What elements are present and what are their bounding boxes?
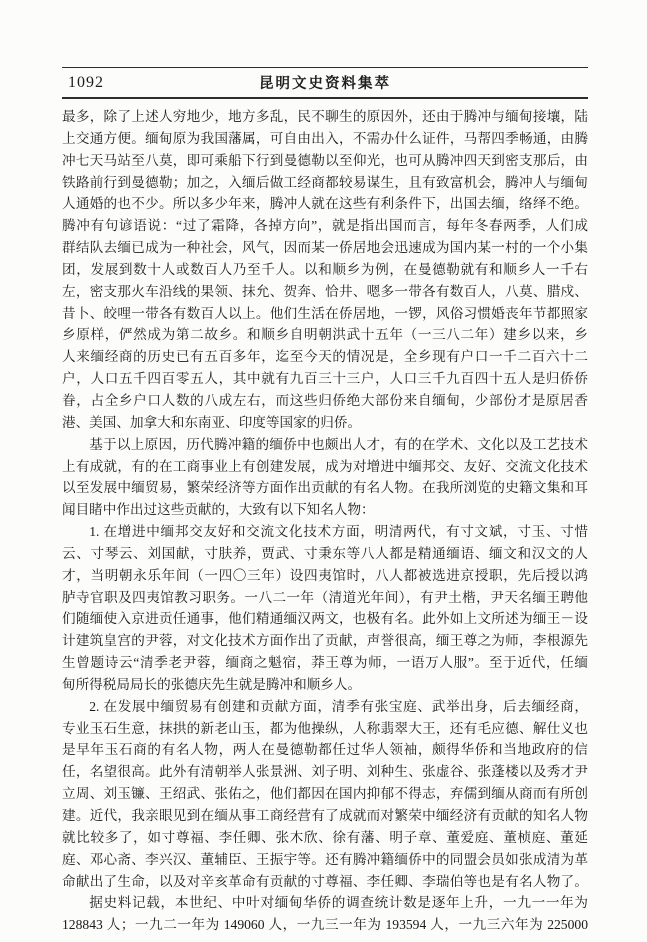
body-line: 闻目睹中作出过这些贡献的，大致有以下知名人物： xyxy=(62,499,588,521)
body-line: 团，发展到数十人或数百人乃至千人。以和顺乡为例，在曼德勒就有和顺乡人一千右 xyxy=(62,259,588,281)
body-line: 港、美国、加拿大和东南亚、印度等国家的归侨。 xyxy=(62,412,588,434)
body-line: 就比较多了，如寸尊福、李任卿、张木欣、徐有藩、明子章、董爱庭、董桢庭、董延 xyxy=(62,827,588,849)
body-line: 上交通方便。缅甸原为我国藩属，可自由出入，不需办什么证件，马帮四季畅通，由腾 xyxy=(62,128,588,150)
body-line: 上有成就，有的在工商事业上有创建发展，成为对增进中缅邦交、友好、交流文化技术 xyxy=(62,456,588,478)
body-line: 胪寺官职及四夷馆教习职务。一八二一年（清道光年间），有尹土楷，尹天名缅王聘他 xyxy=(62,587,588,609)
body-line: 铁路前行到曼德勒；加之，入缅后做工经商都较易谋生，且有致富机会，腾冲人与缅甸 xyxy=(62,172,588,194)
body-line: 群结队去缅已成为一种社会，风气，因而某一侨居地会迅速成为国内某一村的一个小集 xyxy=(62,237,588,259)
body-line: 以至发展中缅贸易，繁荣经济等方面作出贡献的有名人物。在我所浏览的史籍文集和耳 xyxy=(62,477,588,499)
body-text: 最多，除了上述人穷地少，地方多乱，民不聊生的原因外，还由于腾冲与缅甸接壤，陆 上… xyxy=(62,106,588,936)
body-line: 才，当明朝永乐年间（一四〇三年）设四夷馆时，八人都被选进京授职，先后授以鸿 xyxy=(62,565,588,587)
body-line: 建。近代，我亲眼见到在缅从事工商经营有了成就而对繁荣中缅经济有贡献的知名人物 xyxy=(62,805,588,827)
body-line: 户，人口五千四百零五人，其中就有九百三十三户，人口三千九百四十五人是归侨侨 xyxy=(62,368,588,390)
body-line: 生曾题诗云“清季老尹蓉，缅商之魁宿，莽王尊为师，一语万人服”。至于近代，任缅 xyxy=(62,652,588,674)
body-line: 腾冲有句谚语说：“过了霜降，各掉方向”，就是指出国而言，每年冬春两季，人们成 xyxy=(62,215,588,237)
body-line: 基于以上原因，历代腾冲籍的缅侨中也颇出人才，有的在学术、文化以及工艺技术 xyxy=(62,434,588,456)
body-line: 们随缅使入京进贡任通事，他们精通缅汉两文，也极有名。此外如上文所述为缅王－设 xyxy=(62,608,588,630)
body-line: 左，密支那火车沿线的果领、抹允、贺奔、恰井、嗯多一带各有数百人，八莫、腊戍、 xyxy=(62,281,588,303)
body-line: 据史料记载，本世纪、中叶对缅甸华侨的调查统计数是逐年上升，一九一一年为 xyxy=(62,892,588,914)
body-line: 专业玉石生意，抹拱的新老山玉，都为他操纵，人称翡翠大王，还有毛应德、解仕义也 xyxy=(62,718,588,740)
body-line: 昔卜、皎哩一带各有数百人以上。他们生活在侨居地，一锣，风俗习惯婚丧年节都照家 xyxy=(62,303,588,325)
body-line: 任，名望很高。此外有清朝举人张景洲、刘子明、刘种生、张虚谷、张蓬楼以及秀才尹 xyxy=(62,761,588,783)
body-line: 1. 在增进中缅邦交友好和交流文化技术方面，明清两代，有寸文斌，寸玉、寸惜 xyxy=(62,521,588,543)
body-line: 冲七天马站至八莫，即可乘船下行到曼德勒以至仰光，也可从腾冲四天到密支那后，由 xyxy=(62,150,588,172)
body-line: 2. 在发展中缅贸易有创建和贡献方面，清季有张宝庭、武举出身，后去缅经商， xyxy=(62,696,588,718)
body-line: 立周、刘玉镰、王绍武、张佑之，他们都因在国内抑郁不得志，弃儒到缅从商而有所创 xyxy=(62,783,588,805)
running-title: 昆明文史资料集萃 xyxy=(62,72,588,93)
body-line: 云、寸琴云、刘国献，寸肤养，贾武、寸秉东等八人都是精通缅语、缅文和汉文的人 xyxy=(62,543,588,565)
body-line: 甸所得税局局长的张德庆先生就是腾冲和顺乡人。 xyxy=(62,674,588,696)
book-page: 1092 昆明文史资料集萃 最多，除了上述人穷地少，地方多乱，民不聊生的原因外，… xyxy=(0,0,647,942)
body-line: 乡原样，俨然成为第二故乡。和顺乡自明朝洪武十五年（一三八二年）建乡以来，乡 xyxy=(62,324,588,346)
body-line: 命献出了生命，以及对辛亥革命有贡献的寸尊福、李任卿、李瑞伯等也是有名人物了。 xyxy=(62,871,588,893)
header-rule-bottom xyxy=(62,97,588,99)
page-header: 1092 昆明文史资料集萃 xyxy=(62,69,588,96)
body-line: 计建筑皇宫的尹蓉，对文化技术方面作出了贡献，声誉很高，缅王尊之为师，李根源先 xyxy=(62,630,588,652)
body-line: 眷，占全乡户口人数的八成左右，而这些归侨绝大部份来自缅甸，少部份才是原居香 xyxy=(62,390,588,412)
body-line: 是早年玉石商的有名人物，两人在曼德勒都任过华人领袖，颇得华侨和当地政府的信 xyxy=(62,739,588,761)
body-line: 庭、邓心斋、李兴汉、董辅臣、王振宇等。还有腾冲籍缅侨中的同盟会员如张成清为革 xyxy=(62,849,588,871)
body-line: 人通婚的也不少。所以多少年来，腾冲人就在这些有利条件下，出国去缅，络绎不绝。 xyxy=(62,193,588,215)
body-line: 128843 人；一九二一年为 149060 人，一九三一年为 193594 人… xyxy=(62,914,588,936)
body-line: 人来缅经商的历史已有五百多年，迄至今天的情况是，全乡现有户口一千二百六十二 xyxy=(62,346,588,368)
body-line: 最多，除了上述人穷地少，地方多乱，民不聊生的原因外，还由于腾冲与缅甸接壤，陆 xyxy=(62,106,588,128)
header-rule-top xyxy=(62,67,588,68)
